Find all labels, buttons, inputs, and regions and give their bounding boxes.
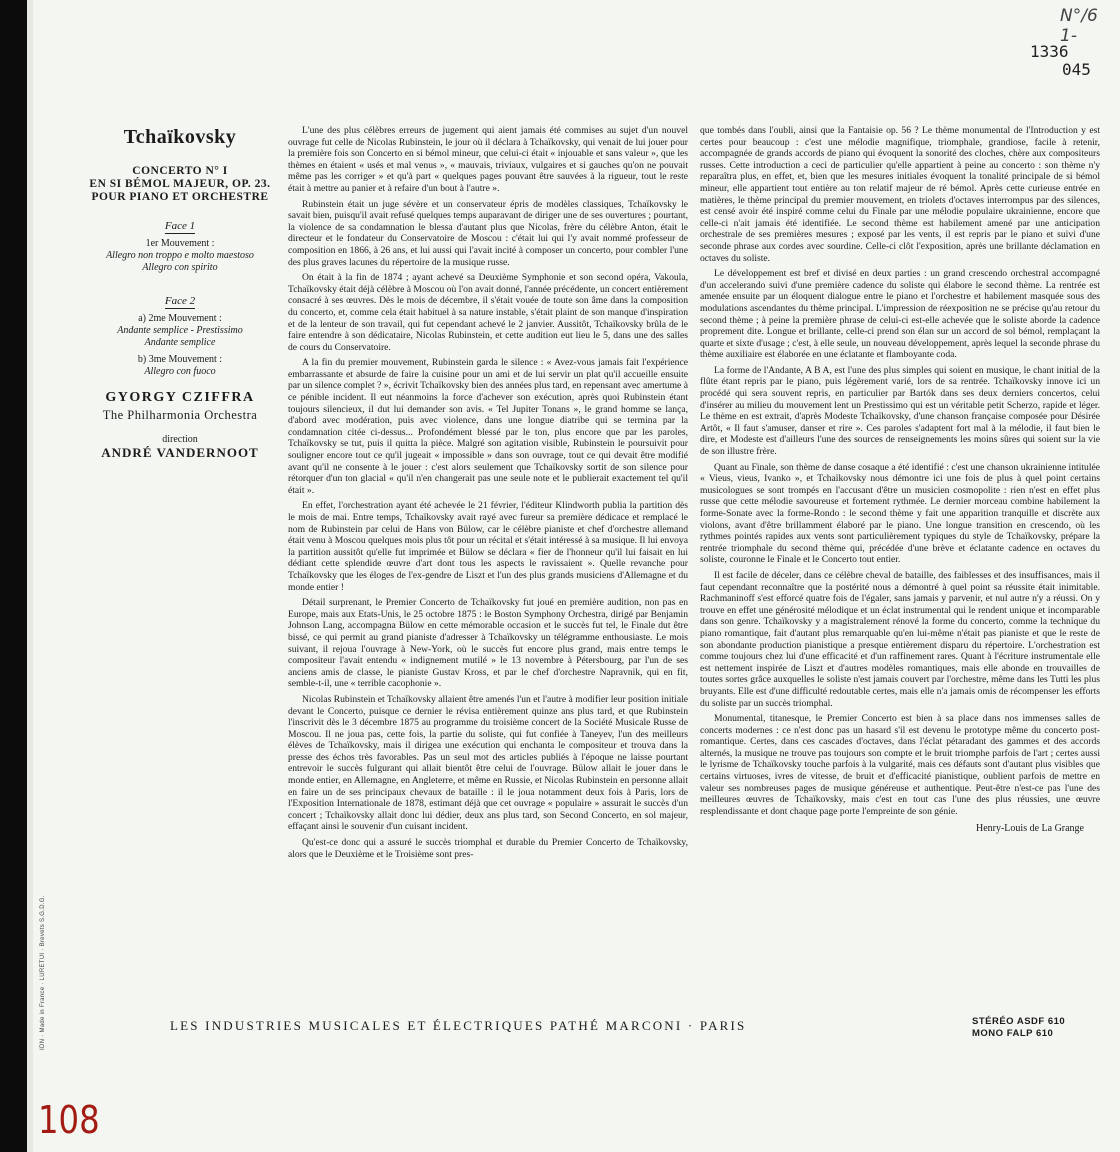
catalog-number: 1336	[1030, 42, 1069, 61]
handwritten-annotation-bottom: 108	[38, 1098, 100, 1142]
tempo: Allegro con fuoco	[60, 366, 300, 378]
paragraph: Le développement est bref et divisé en d…	[700, 268, 1100, 361]
face1-label: Face 1	[165, 220, 195, 234]
soloist-name: GYORGY CZIFFRA	[60, 390, 300, 406]
paragraph: Rubinstein était un juge sévère et un co…	[288, 199, 688, 269]
spine-edge	[0, 0, 27, 1152]
composer-name: Tchaïkovsky	[60, 126, 300, 149]
catalog-suffix: 045	[1062, 60, 1091, 79]
work-title-line: CONCERTO N° I	[60, 165, 300, 178]
direction-label: direction	[60, 434, 300, 445]
conductor-name: ANDRÉ VANDERNOOT	[60, 445, 300, 461]
paragraph: Quant au Finale, son thème de danse cosa…	[700, 462, 1100, 566]
face2-movement-b: b) 3me Mouvement : Allegro con fuoco	[60, 354, 300, 378]
handwritten-annotation-top: N°/6 1-	[1060, 6, 1120, 46]
paragraph: On était à la fin de 1874 ; ayant achevé…	[288, 272, 688, 353]
work-title-line: POUR PIANO ET ORCHESTRE	[60, 191, 300, 204]
tempo: Allegro con spirito	[60, 262, 300, 274]
paragraph: Détail surprenant, le Premier Concerto d…	[288, 597, 688, 690]
paragraph: Qu'est-ce donc qui a assuré le succès tr…	[288, 837, 688, 860]
paragraph: Monumental, titanesque, le Premier Conce…	[700, 713, 1100, 817]
face1-movement: 1er Mouvement : Allegro non troppo e mol…	[60, 238, 300, 274]
author-signature: Henry-Louis de La Grange	[700, 823, 1100, 835]
paragraph: Il est facile de déceler, dans ce célèbr…	[700, 570, 1100, 709]
paragraph: Nicolas Rubinstein et Tchaïkovsky allaie…	[288, 694, 688, 833]
liner-notes-column-1: L'une des plus célèbres erreurs de jugem…	[288, 125, 688, 1005]
face2-label: Face 2	[165, 295, 195, 309]
face2-movement-a: a) 2me Mouvement : Andante semplice - Pr…	[60, 313, 300, 349]
paragraph: que tombés dans l'oubli, ainsi que la Fa…	[700, 125, 1100, 264]
mono-ref: MONO FALP 610	[972, 1028, 1065, 1040]
movement-title: b) 3me Mouvement :	[138, 354, 222, 365]
paragraph: La forme de l'Andante, A B A, est l'une …	[700, 365, 1100, 458]
movement-title: 1er Mouvement :	[146, 238, 215, 249]
liner-notes-column-2: que tombés dans l'oubli, ainsi que la Fa…	[700, 125, 1100, 1005]
paragraph: En effet, l'orchestration ayant été ache…	[288, 500, 688, 593]
spine-strip	[27, 0, 33, 1152]
work-title-line: EN SI BÉMOL MAJEUR, OP. 23.	[60, 178, 300, 191]
paragraph: A la fin du premier mouvement, Rubinstei…	[288, 357, 688, 496]
stereo-ref: STÉRÉO ASDF 610	[972, 1016, 1065, 1028]
publisher-line: LES INDUSTRIES MUSICALES ET ÉLECTRIQUES …	[170, 1018, 747, 1034]
orchestra-name: The Philharmonia Orchestra	[60, 408, 300, 423]
program-column: Tchaïkovsky CONCERTO N° I EN SI BÉMOL MA…	[60, 126, 300, 461]
tempo: Andante semplice	[60, 337, 300, 349]
tempo: Andante semplice - Prestissimo	[60, 325, 300, 337]
spine-text: IDN · Made in France · LURETUI · Brevets…	[40, 895, 46, 1050]
catalog-refs: STÉRÉO ASDF 610 MONO FALP 610	[972, 1016, 1065, 1040]
tempo: Allegro non troppo e molto maestoso	[60, 250, 300, 262]
paragraph: L'une des plus célèbres erreurs de jugem…	[288, 125, 688, 195]
movement-title: a) 2me Mouvement :	[138, 313, 222, 324]
